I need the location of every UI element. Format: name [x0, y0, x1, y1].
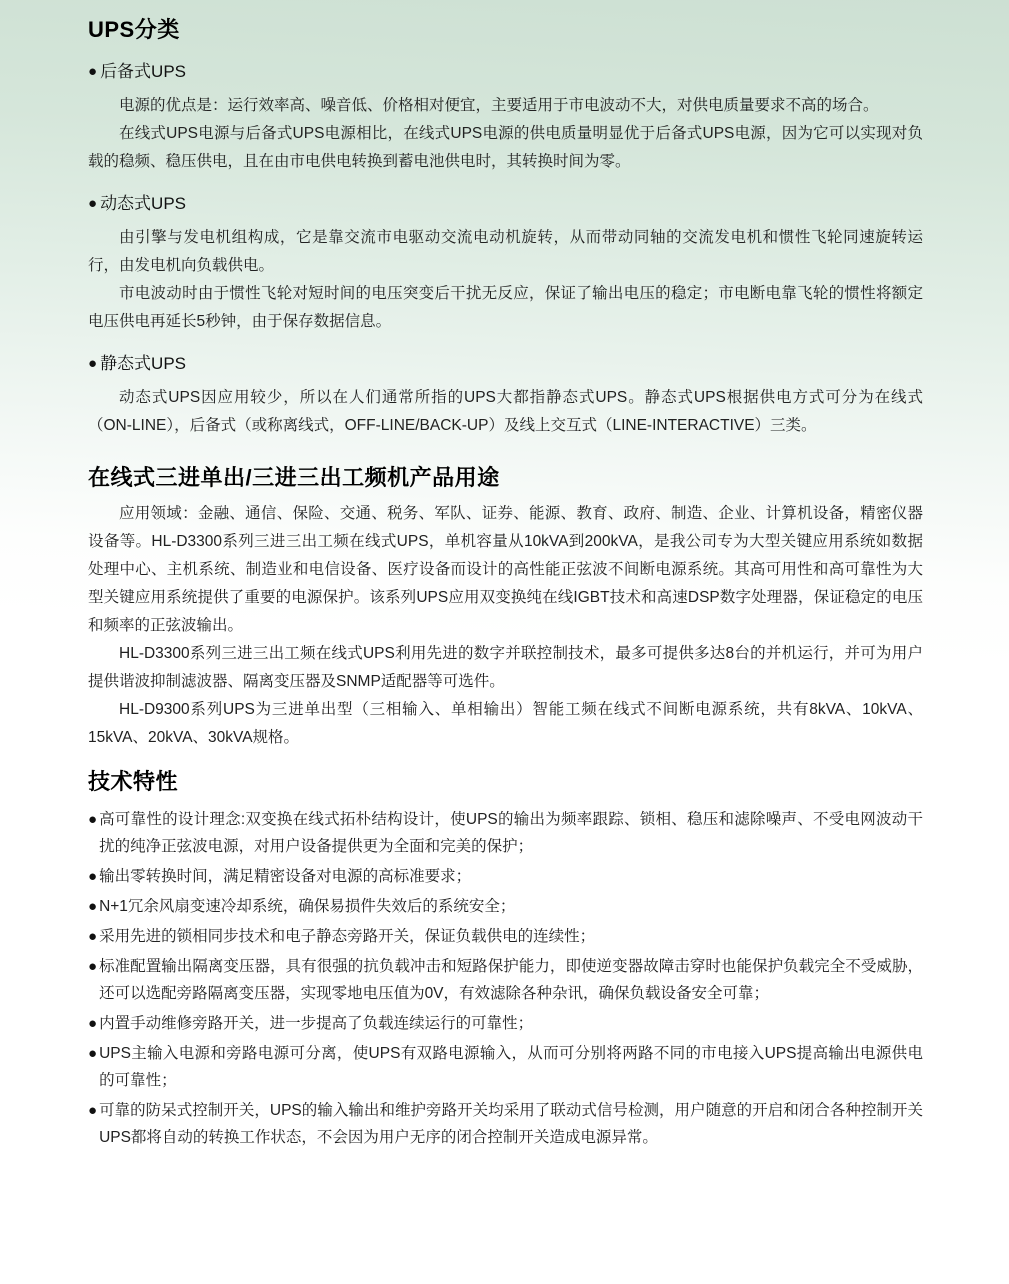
feature-text: N+1冗余风扇变速冷却系统，确保易损件失效后的系统安全； [99, 893, 923, 920]
bullet-icon: ● [88, 953, 97, 980]
feature-text: 高可靠性的设计理念:双变换在线式拓朴结构设计，使UPS的输出为频率跟踪、锁相、稳… [99, 806, 923, 860]
ups-classification-heading: UPS分类 [88, 16, 923, 44]
ups-type-static: ● 静态式UPS 动态式UPS因应用较少，所以在人们通常所指的UPS大都指静态式… [88, 352, 923, 440]
bullet-icon: ● [88, 863, 97, 890]
paragraph: 市电波动时由于惯性飞轮对短时间的电压突变后干扰无反应，保证了输出电压的稳定；市电… [88, 280, 923, 336]
bullet-icon: ● [88, 1040, 97, 1067]
tech-features-heading: 技术特性 [88, 768, 923, 796]
ups-type-backup: ● 后备式UPS 电源的优点是：运行效率高、噪音低、价格相对便宜，主要适用于市电… [88, 60, 923, 176]
bullet-icon: ● [88, 1097, 97, 1124]
feature-item: ● 内置手动维修旁路开关，进一步提高了负载连续运行的可靠性； [88, 1010, 923, 1037]
feature-text: 输出零转换时间，满足精密设备对电源的高标准要求； [99, 863, 923, 890]
feature-item: ● 高可靠性的设计理念:双变换在线式拓朴结构设计，使UPS的输出为频率跟踪、锁相… [88, 806, 923, 860]
bullet-icon: ● [88, 893, 97, 920]
bullet-icon: ● [88, 60, 97, 84]
tech-features-list: ● 高可靠性的设计理念:双变换在线式拓朴结构设计，使UPS的输出为频率跟踪、锁相… [88, 806, 923, 1151]
feature-text: 标准配置输出隔离变压器，具有很强的抗负载冲击和短路保护能力，即使逆变器故障击穿时… [99, 953, 923, 1007]
ups-type-dynamic: ● 动态式UPS 由引擎与发电机组构成，它是靠交流市电驱动交流电动机旋转，从而带… [88, 192, 923, 336]
bullet-icon: ● [88, 352, 97, 376]
feature-item: ● 采用先进的锁相同步技术和电子静态旁路开关，保证负载供电的连续性； [88, 923, 923, 950]
ups-type-title-label: 静态式UPS [100, 352, 186, 376]
bullet-icon: ● [88, 923, 97, 950]
bullet-icon: ● [88, 806, 97, 833]
ups-type-title: ● 后备式UPS [88, 60, 923, 84]
feature-item: ● UPS主输入电源和旁路电源可分离，使UPS有双路电源输入，从而可分别将两路不… [88, 1040, 923, 1094]
paragraph: 应用领域：金融、通信、保险、交通、税务、军队、证券、能源、教育、政府、制造、企业… [88, 500, 923, 640]
paragraph: 在线式UPS电源与后备式UPS电源相比，在线式UPS电源的供电质量明显优于后备式… [88, 120, 923, 176]
page: UPS分类 ● 后备式UPS 电源的优点是：运行效率高、噪音低、价格相对便宜，主… [0, 0, 1009, 1284]
feature-text: 可靠的防呆式控制开关，UPS的输入输出和维护旁路开关均采用了联动式信号检测，用户… [99, 1097, 923, 1151]
feature-text: 内置手动维修旁路开关，进一步提高了负载连续运行的可靠性； [99, 1010, 923, 1037]
feature-item: ● 标准配置输出隔离变压器，具有很强的抗负载冲击和短路保护能力，即使逆变器故障击… [88, 953, 923, 1007]
ups-type-title-label: 后备式UPS [100, 60, 186, 84]
ups-type-title: ● 动态式UPS [88, 192, 923, 216]
bullet-icon: ● [88, 192, 97, 216]
paragraph: 动态式UPS因应用较少，所以在人们通常所指的UPS大都指静态式UPS。静态式UP… [88, 384, 923, 440]
paragraph: 由引擎与发电机组构成，它是靠交流市电驱动交流电动机旋转，从而带动同轴的交流发电机… [88, 224, 923, 280]
paragraph: HL-D3300系列三进三出工频在线式UPS利用先进的数字并联控制技术，最多可提… [88, 640, 923, 696]
feature-item: ● 输出零转换时间，满足精密设备对电源的高标准要求； [88, 863, 923, 890]
feature-text: 采用先进的锁相同步技术和电子静态旁路开关，保证负载供电的连续性； [99, 923, 923, 950]
product-usage-section: 应用领域：金融、通信、保险、交通、税务、军队、证券、能源、教育、政府、制造、企业… [88, 500, 923, 752]
ups-type-title-label: 动态式UPS [100, 192, 186, 216]
feature-text: UPS主输入电源和旁路电源可分离，使UPS有双路电源输入，从而可分别将两路不同的… [99, 1040, 923, 1094]
feature-item: ● 可靠的防呆式控制开关，UPS的输入输出和维护旁路开关均采用了联动式信号检测，… [88, 1097, 923, 1151]
bullet-icon: ● [88, 1010, 97, 1037]
product-usage-heading: 在线式三进单出/三进三出工频机产品用途 [88, 464, 923, 492]
paragraph: 电源的优点是：运行效率高、噪音低、价格相对便宜，主要适用于市电波动不大，对供电质… [88, 92, 923, 120]
feature-item: ● N+1冗余风扇变速冷却系统，确保易损件失效后的系统安全； [88, 893, 923, 920]
paragraph: HL-D9300系列UPS为三进单出型（三相输入、单相输出）智能工频在线式不间断… [88, 696, 923, 752]
ups-type-title: ● 静态式UPS [88, 352, 923, 376]
